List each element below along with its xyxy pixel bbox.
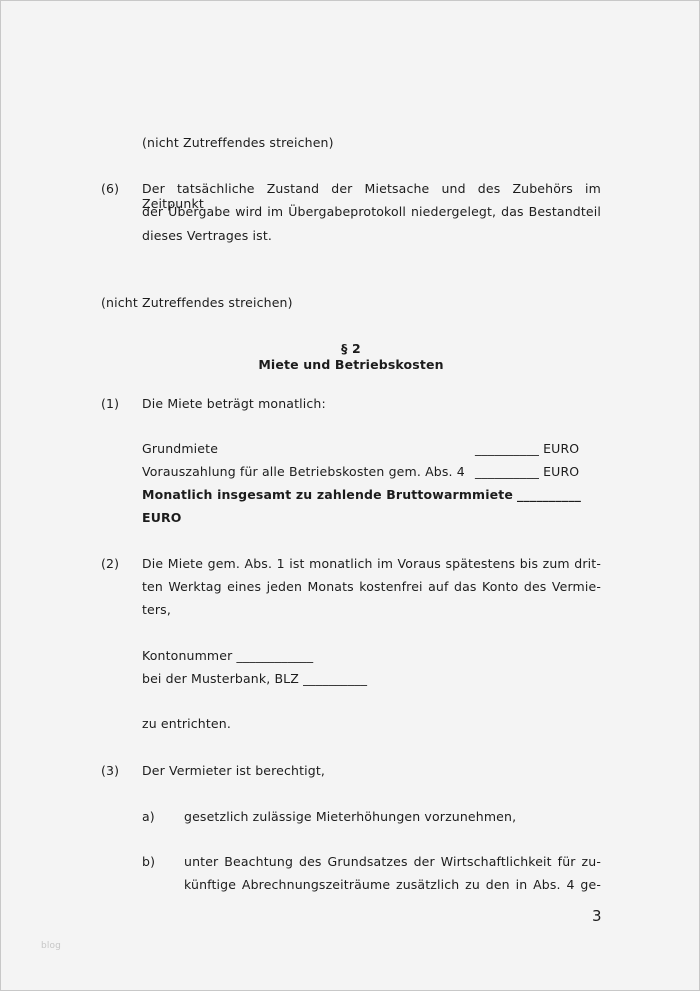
paragraph-line: der Übergabe wird im Übergabeprotokoll n… [142,204,601,219]
paragraph-line: dieses Vertrages ist. [142,228,272,243]
account-number-field: Kontonummer ____________ [142,648,313,663]
page-number: 3 [592,907,602,925]
rent-row-label: Vorauszahlung für alle Betriebskosten ge… [142,464,465,479]
document-page: (nicht Zutreffendes streichen) (6) Der t… [0,0,700,991]
rent-row-value: __________ EURO [475,441,579,456]
paragraph-number: (6) [101,181,119,196]
rent-total-value: __________ [517,487,581,502]
paragraph-number: (2) [101,556,119,571]
list-item-label: a) [142,809,155,824]
paragraph-number: (1) [101,396,119,411]
section-title: Miete und Betriebskosten [1,357,700,372]
note-not-applicable: (nicht Zutreffendes streichen) [142,135,334,150]
list-item-text: unter Beachtung des Grundsatzes der Wirt… [184,854,601,869]
rent-row-value: __________ EURO [475,464,579,479]
paragraph-line: ten Werktag eines jeden Monats kostenfre… [142,579,601,594]
note-not-applicable: (nicht Zutreffendes streichen) [101,295,293,310]
paragraph-number: (3) [101,763,119,778]
list-item-label: b) [142,854,155,869]
rent-total-label: Monatlich insgesamt zu zahlende Bruttowa… [142,487,513,502]
list-item-text: künftige Abrechnungszeiträume zusätzlich… [184,877,601,892]
rent-total-unit: EURO [142,510,182,525]
paragraph-text: Die Miete beträgt monatlich: [142,396,326,411]
paragraph-text: Der Vermieter ist berechtigt, [142,763,325,778]
rent-row-label: Grundmiete [142,441,218,456]
paragraph-line: Die Miete gem. Abs. 1 ist monatlich im V… [142,556,601,571]
paragraph-line: ters, [142,602,171,617]
paragraph-closing: zu entrichten. [142,716,231,731]
section-symbol: § 2 [1,341,700,356]
bank-field: bei der Musterbank, BLZ __________ [142,671,367,686]
list-item-text: gesetzlich zulässige Mieterhöhungen vorz… [184,809,516,824]
watermark: blog [41,941,61,951]
